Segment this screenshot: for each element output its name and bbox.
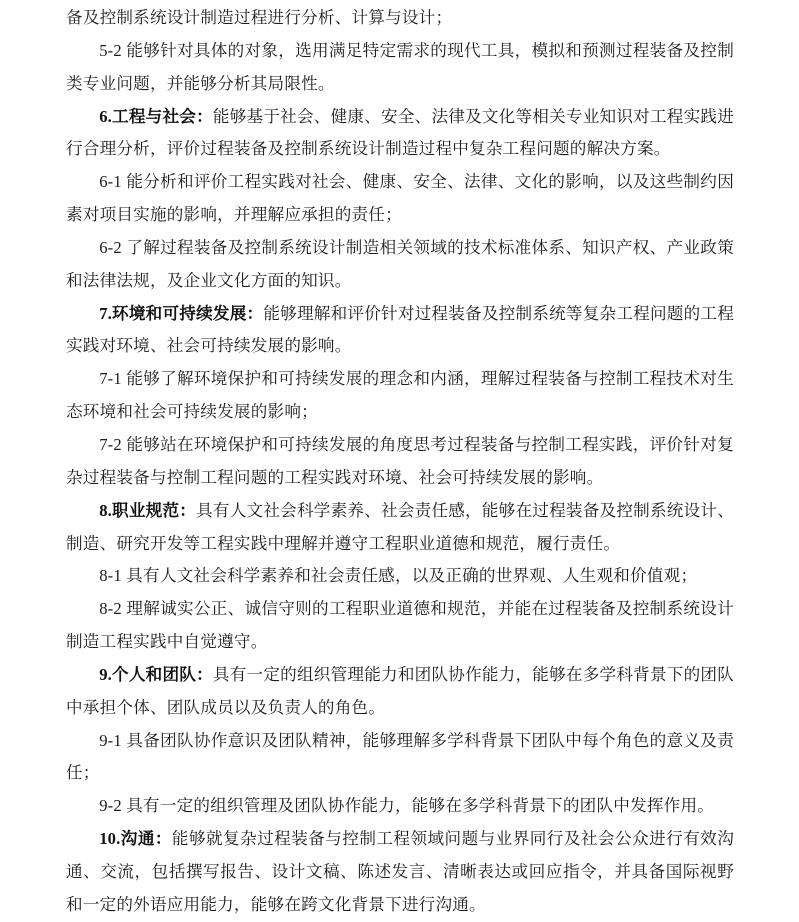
paragraph: 8-1 具有人文社会科学素养和社会责任感，以及正确的世界观、人生观和价值观；	[66, 560, 734, 593]
paragraph-text: 6-2 了解过程装备及控制系统设计制造相关领域的技术标准体系、知识产权、产业政策…	[66, 238, 734, 290]
paragraph-text: 9-1 具备团队协作意识及团队精神，能够理解多学科背景下团队中每个角色的意义及责…	[66, 731, 734, 783]
paragraph: 7-2 能够站在环境保护和可持续发展的角度思考过程装备与控制工程实践，评价针对复…	[66, 429, 734, 495]
graduation-requirement-paragraph: 9.个人和团队：具有一定的组织管理能力和团队协作能力，能够在多学科背景下的团队中…	[66, 659, 734, 725]
paragraph: 6-1 能分析和评价工程实践对社会、健康、安全、法律、文化的影响，以及这些制约因…	[66, 166, 734, 232]
document-body: 备及控制系统设计制造过程进行分析、计算与设计；5-2 能够针对具体的对象，选用满…	[66, 2, 734, 922]
requirement-heading: 10.沟通：	[99, 829, 172, 848]
paragraph-text: 6-1 能分析和评价工程实践对社会、健康、安全、法律、文化的影响，以及这些制约因…	[66, 172, 734, 224]
document-page: 备及控制系统设计制造过程进行分析、计算与设计；5-2 能够针对具体的对象，选用满…	[0, 0, 799, 922]
paragraph: 9-2 具有一定的组织管理及团队协作能力，能够在多学科背景下的团队中发挥作用。	[66, 790, 734, 823]
requirement-heading: 7.环境和可持续发展：	[99, 304, 263, 323]
paragraph-text: 8-1 具有人文社会科学素养和社会责任感，以及正确的世界观、人生观和价值观；	[99, 566, 697, 585]
paragraph: 5-2 能够针对具体的对象，选用满足特定需求的现代工具，模拟和预测过程装备及控制…	[66, 35, 734, 101]
paragraph-text: 9-2 具有一定的组织管理及团队协作能力，能够在多学科背景下的团队中发挥作用。	[99, 796, 714, 815]
paragraph: 8-2 理解诚实公正、诚信守则的工程职业道德和规范，并能在过程装备及控制系统设计…	[66, 593, 734, 659]
graduation-requirement-paragraph: 6.工程与社会：能够基于社会、健康、安全、法律及文化等相关专业知识对工程实践进行…	[66, 101, 734, 167]
graduation-requirement-paragraph: 8.职业规范：具有人文社会科学素养、社会责任感，能够在过程装备及控制系统设计、制…	[66, 495, 734, 561]
paragraph: 7-1 能够了解环境保护和可持续发展的理念和内涵，理解过程装备与控制工程技术对生…	[66, 363, 734, 429]
graduation-requirement-paragraph: 7.环境和可持续发展：能够理解和评价针对过程装备及控制系统等复杂工程问题的工程实…	[66, 298, 734, 364]
graduation-requirement-paragraph: 10.沟通：能够就复杂过程装备与控制工程领域问题与业界同行及社会公众进行有效沟通…	[66, 823, 734, 922]
paragraph: 6-2 了解过程装备及控制系统设计制造相关领域的技术标准体系、知识产权、产业政策…	[66, 232, 734, 298]
paragraph-text: 备及控制系统设计制造过程进行分析、计算与设计；	[66, 8, 452, 27]
paragraph-text: 7-1 能够了解环境保护和可持续发展的理念和内涵，理解过程装备与控制工程技术对生…	[66, 369, 734, 421]
paragraph-text: 5-2 能够针对具体的对象，选用满足特定需求的现代工具，模拟和预测过程装备及控制…	[66, 41, 734, 93]
requirement-heading: 6.工程与社会：	[99, 107, 213, 126]
requirement-heading: 9.个人和团队：	[99, 665, 213, 684]
paragraph-text: 7-2 能够站在环境保护和可持续发展的角度思考过程装备与控制工程实践，评价针对复…	[66, 435, 734, 487]
requirement-heading: 8.职业规范：	[99, 501, 196, 520]
paragraph: 备及控制系统设计制造过程进行分析、计算与设计；	[66, 2, 734, 35]
paragraph: 9-1 具备团队协作意识及团队精神，能够理解多学科背景下团队中每个角色的意义及责…	[66, 725, 734, 791]
paragraph-text: 8-2 理解诚实公正、诚信守则的工程职业道德和规范，并能在过程装备及控制系统设计…	[66, 599, 734, 651]
